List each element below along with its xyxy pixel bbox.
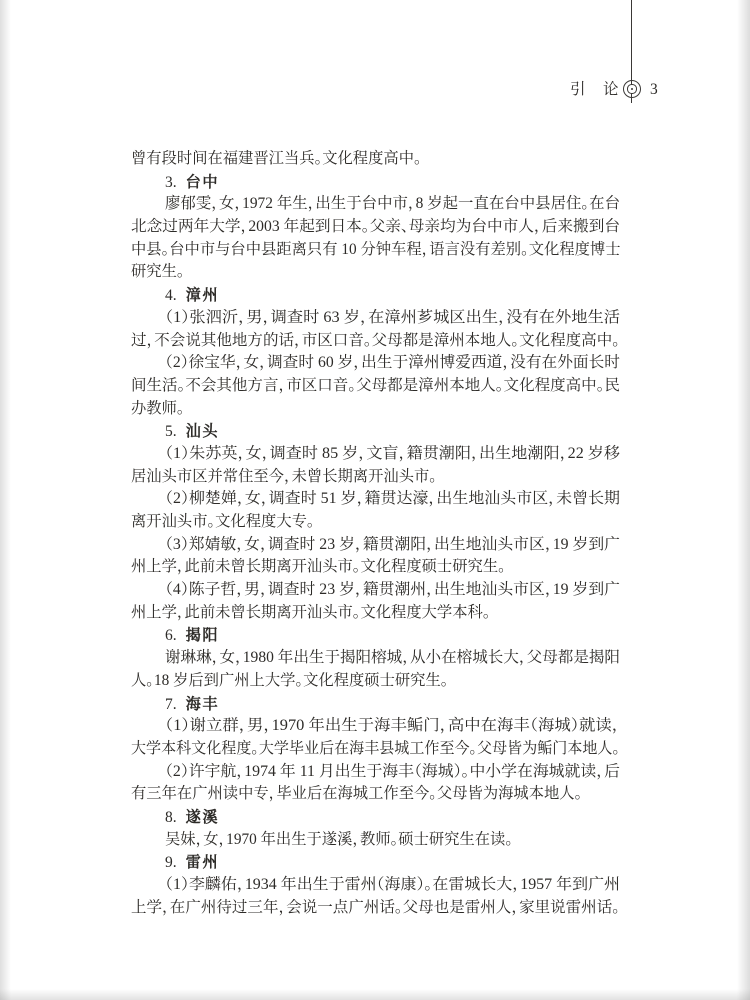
text-line: 州上学，此前未曾长期离开汕头市。文化程度大学本科。 xyxy=(131,602,620,625)
text-line: 间生活。不会其他方言，市区口音。父母都是漳州本地人。文化程度高中。民 xyxy=(131,375,620,398)
heading-title: 雷州 xyxy=(186,853,219,871)
book-page: 引 论 3 曾有段时间在福建晋江当兵。文化程度高中。3.台中廖郁雯，女，1972… xyxy=(0,0,750,1000)
text-line-content: 谢琳琳，女，1980 年出生于揭阳榕城，从小在榕城长大，父母都是揭阳 xyxy=(165,647,620,670)
text-line-content: 州上学，此前未曾长期离开汕头市。文化程度硕士研究生。 xyxy=(131,556,506,579)
heading-number: 4. xyxy=(165,287,177,304)
text-line: 过，不会说其他地方的话，市区口音。父母都是漳州本地人。文化程度高中。 xyxy=(131,330,620,353)
ornament-inner-circle xyxy=(627,84,636,93)
text-line: 中县。台中市与台中县距离只有 10 分钟车程，语言没有差别。文化程度博士 xyxy=(131,239,620,262)
text-line-content: 居汕头市区并常住至今，未曾长期离开汕头市。 xyxy=(131,466,437,489)
text-line-content: 过，不会说其他地方的话，市区口音。父母都是漳州本地人。文化程度高中。 xyxy=(131,330,620,353)
text-line-content: 中县。台中市与台中县距离只有 10 分钟车程，语言没有差别。文化程度博士 xyxy=(131,239,621,262)
text-line: 人。18 岁后到广州上大学。文化程度硕士研究生。 xyxy=(131,670,620,693)
text-line-content: （4）陈子哲，男，调查时 23 岁，籍贯潮州，出生地汕头市区，19 岁到广 xyxy=(165,579,620,602)
text-line: 研究生。 xyxy=(131,261,620,284)
heading-number: 7. xyxy=(165,696,177,713)
text-line-content: （3）郑婧敏，女，调查时 23 岁，籍贯潮阳，出生地汕头市区，19 岁到广 xyxy=(165,534,620,557)
text-line: 州上学，此前未曾长期离开汕头市。文化程度硕士研究生。 xyxy=(131,556,620,579)
text-line-content: （1）李麟佑，1934 年出生于雷州（海康）。在雷城长大，1957 年到广州 xyxy=(165,874,620,897)
text-line-content: 大学本科文化程度。大学毕业后在海丰县城工作至今。父母皆为鲘门本地人。 xyxy=(131,738,620,761)
text-line-content: 研究生。 xyxy=(131,261,185,284)
text-line-content: （1）张泗沂，男，调查时 63 岁，在漳州芗城区出生，没有在外地生活 xyxy=(165,307,620,330)
heading-number: 8. xyxy=(165,809,177,826)
text-line-content: 北念过两年大学，2003 年起到日本。父亲、母亲均为台中市人，后来搬到台 xyxy=(131,216,620,239)
text-line: （1）李麟佑，1934 年出生于雷州（海康）。在雷城长大，1957 年到广州 xyxy=(131,874,620,897)
text-block: 曾有段时间在福建晋江当兵。文化程度高中。3.台中廖郁雯，女，1972 年生，出生… xyxy=(131,148,620,919)
text-line: 谢琳琳，女，1980 年出生于揭阳榕城，从小在榕城长大，父母都是揭阳 xyxy=(131,647,620,670)
section-heading: 9.雷州 xyxy=(131,851,620,874)
scan-edge-right xyxy=(737,0,750,1000)
heading-title: 遂溪 xyxy=(186,808,219,826)
section-heading: 4.漳州 xyxy=(131,284,620,307)
text-line-content: 上学，在广州待过三年，会说一点广州话。父母也是雷州人，家里说雷州话。 xyxy=(131,897,620,920)
text-line-content: 州上学，此前未曾长期离开汕头市。文化程度大学本科。 xyxy=(131,602,490,625)
text-line: 有三年在广州读中专，毕业后在海城工作至今。父母皆为海城本地人。 xyxy=(131,783,620,806)
section-heading: 6.揭阳 xyxy=(131,624,620,647)
text-line: 办教师。 xyxy=(131,398,620,421)
text-line-content: （2）许宇航，1974 年 11 月出生于海丰（海城）。中小学在海城就读，后 xyxy=(165,761,620,784)
heading-title: 漳州 xyxy=(186,286,219,304)
heading-title: 揭阳 xyxy=(186,626,219,644)
text-line-content: 人。18 岁后到广州上大学。文化程度硕士研究生。 xyxy=(131,670,448,693)
text-line: （2）徐宝华，女，调查时 60 岁，出生于漳州博爱西道，没有在外面长时 xyxy=(131,352,620,375)
heading-number: 9. xyxy=(165,854,177,871)
text-line-content: 吴妹，女，1970 年出生于遂溪，教师。硕士研究生在读。 xyxy=(165,829,513,852)
text-line-content: 办教师。 xyxy=(131,398,185,421)
text-line-content: 有三年在广州读中专，毕业后在海城工作至今。父母皆为海城本地人。 xyxy=(131,783,582,806)
section-heading: 3.台中 xyxy=(131,171,620,194)
text-line-content: （2）柳楚婵，女，调查时 51 岁，籍贯达濠，出生地汕头市区，未曾长期 xyxy=(165,488,620,511)
text-line-content: 廖郁雯，女，1972 年生，出生于台中市，8 岁起一直在台中县居住。在台 xyxy=(165,193,620,216)
page-number: 3 xyxy=(650,81,658,98)
heading-title: 汕头 xyxy=(186,422,219,440)
heading-title: 台中 xyxy=(186,173,219,191)
text-line: 廖郁雯，女，1972 年生，出生于台中市，8 岁起一直在台中县居住。在台 xyxy=(131,193,620,216)
section-heading: 5.汕头 xyxy=(131,420,620,443)
text-line: 曾有段时间在福建晋江当兵。文化程度高中。 xyxy=(131,148,620,171)
running-header-title: 引 论 xyxy=(570,81,620,98)
text-line: （2）许宇航，1974 年 11 月出生于海丰（海城）。中小学在海城就读，后 xyxy=(131,761,620,784)
text-line: （1）张泗沂，男，调查时 63 岁，在漳州芗城区出生，没有在外地生活 xyxy=(131,307,620,330)
heading-title: 海丰 xyxy=(186,695,219,713)
heading-number: 5. xyxy=(165,423,177,440)
header-ornament-icon xyxy=(623,80,641,98)
text-line: （2）柳楚婵，女，调查时 51 岁，籍贯达濠，出生地汕头市区，未曾长期 xyxy=(131,488,620,511)
text-line-content: （1）谢立群，男，1970 年出生于海丰鲘门，高中在海丰（海城）就读， xyxy=(165,715,620,738)
scan-edge-bottom xyxy=(0,989,750,1000)
scan-edge-left xyxy=(0,0,11,1000)
text-line-content: 间生活。不会其他方言，市区口音。父母都是漳州本地人。文化程度高中。民 xyxy=(131,375,620,398)
text-line: 上学，在广州待过三年，会说一点广州话。父母也是雷州人，家里说雷州话。 xyxy=(131,897,620,920)
text-line-content: 离开汕头市。文化程度大专。 xyxy=(131,511,315,534)
text-line: （1）朱苏英，女，调查时 85 岁，文盲，籍贯潮阳，出生地潮阳，22 岁移 xyxy=(131,443,620,466)
text-line-content: （2）徐宝华，女，调查时 60 岁，出生于漳州博爱西道，没有在外面长时 xyxy=(165,352,620,375)
section-heading: 7.海丰 xyxy=(131,693,620,716)
heading-number: 3. xyxy=(165,174,177,191)
section-heading: 8.遂溪 xyxy=(131,806,620,829)
text-line: 吴妹，女，1970 年出生于遂溪，教师。硕士研究生在读。 xyxy=(131,829,620,852)
text-line-content: 曾有段时间在福建晋江当兵。文化程度高中。 xyxy=(131,148,422,171)
text-line: （4）陈子哲，男，调查时 23 岁，籍贯潮州，出生地汕头市区，19 岁到广 xyxy=(131,579,620,602)
text-line: 大学本科文化程度。大学毕业后在海丰县城工作至今。父母皆为鲘门本地人。 xyxy=(131,738,620,761)
text-line: （3）郑婧敏，女，调查时 23 岁，籍贯潮阳，出生地汕头市区，19 岁到广 xyxy=(131,534,620,557)
text-line-content: （1）朱苏英，女，调查时 85 岁，文盲，籍贯潮阳，出生地潮阳，22 岁移 xyxy=(165,443,620,466)
text-line: （1）谢立群，男，1970 年出生于海丰鲘门，高中在海丰（海城）就读， xyxy=(131,715,620,738)
ornament-center-dot xyxy=(631,88,634,91)
text-line: 离开汕头市。文化程度大专。 xyxy=(131,511,620,534)
text-line: 居汕头市区并常住至今，未曾长期离开汕头市。 xyxy=(131,466,620,489)
text-line: 北念过两年大学，2003 年起到日本。父亲、母亲均为台中市人，后来搬到台 xyxy=(131,216,620,239)
heading-number: 6. xyxy=(165,627,177,644)
